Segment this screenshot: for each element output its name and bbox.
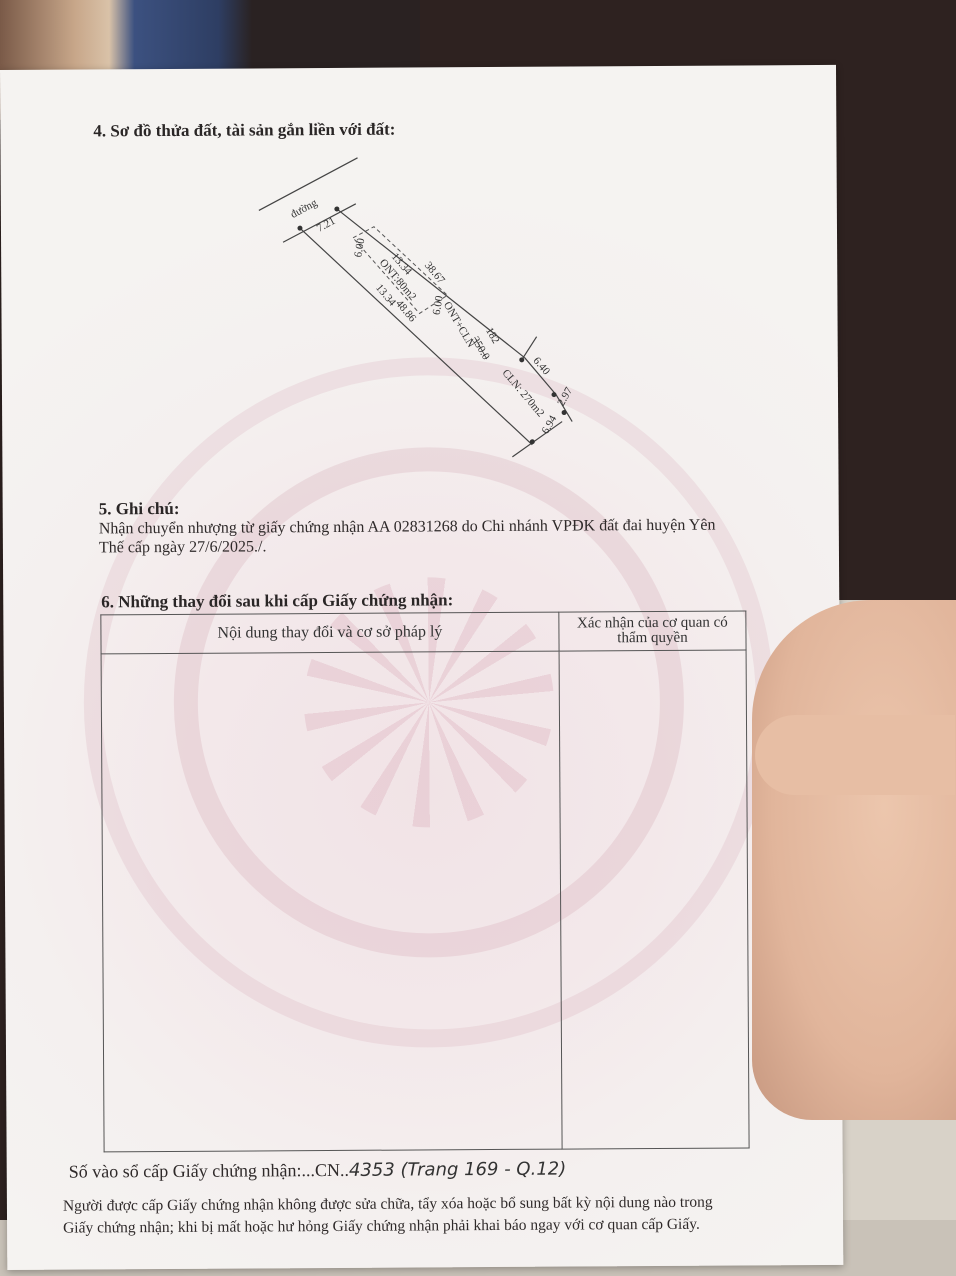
land-certificate-page: 4. Sơ đồ thửa đất, tài sản gắn liền với … <box>0 65 843 1270</box>
confirmation-cell <box>559 650 749 1149</box>
svg-text:2.97: 2.97 <box>555 385 575 408</box>
svg-text:182: 182 <box>483 325 502 345</box>
registry-prefix: CN <box>315 1160 340 1180</box>
road-label: đường <box>289 197 320 221</box>
hand-holding-paper <box>752 600 956 1120</box>
registry-label: Số vào sổ cấp Giấy chứng nhận: <box>69 1160 302 1181</box>
note-line-2: Thế cấp ngày 27/6/2025./. <box>99 538 267 557</box>
note-line-1: Nhận chuyển nhượng từ giấy chứng nhận AA… <box>99 517 716 539</box>
column-header-confirmation: Xác nhận của cơ quan có thẩm quyền <box>559 611 746 651</box>
content-cell <box>101 651 562 1152</box>
registry-number: Số vào sổ cấp Giấy chứng nhận:...CN..435… <box>69 1159 567 1183</box>
svg-text:6.00: 6.00 <box>352 237 367 258</box>
svg-text:7.21: 7.21 <box>315 215 338 235</box>
svg-text:6.94: 6.94 <box>539 413 559 436</box>
table-row-empty <box>101 650 749 1152</box>
registry-handwritten-value: 4353 (Trang 169 - Q.12) <box>349 1159 566 1181</box>
parcel-map: đường 7.21 6.00 13.34 ONT:80m2 13.34 6.0… <box>0 65 839 490</box>
changes-table: Nội dung thay đổi và cơ sở pháp lý Xác n… <box>100 610 749 1152</box>
section5-title: 5. Ghi chú: <box>99 499 180 519</box>
section6-title: 6. Những thay đổi sau khi cấp Giấy chứng… <box>101 590 453 612</box>
column-header-content: Nội dung thay đổi và cơ sở pháp lý <box>101 612 559 654</box>
thumb <box>755 715 955 795</box>
svg-text:38.67: 38.67 <box>422 260 447 287</box>
svg-text:48.86: 48.86 <box>393 298 418 325</box>
warning-line-2: Giấy chứng nhận; khi bị mất hoặc hư hỏng… <box>63 1216 700 1238</box>
warning-line-1: Người được cấp Giấy chứng nhận không đượ… <box>63 1194 713 1216</box>
svg-text:6.40: 6.40 <box>530 355 552 378</box>
